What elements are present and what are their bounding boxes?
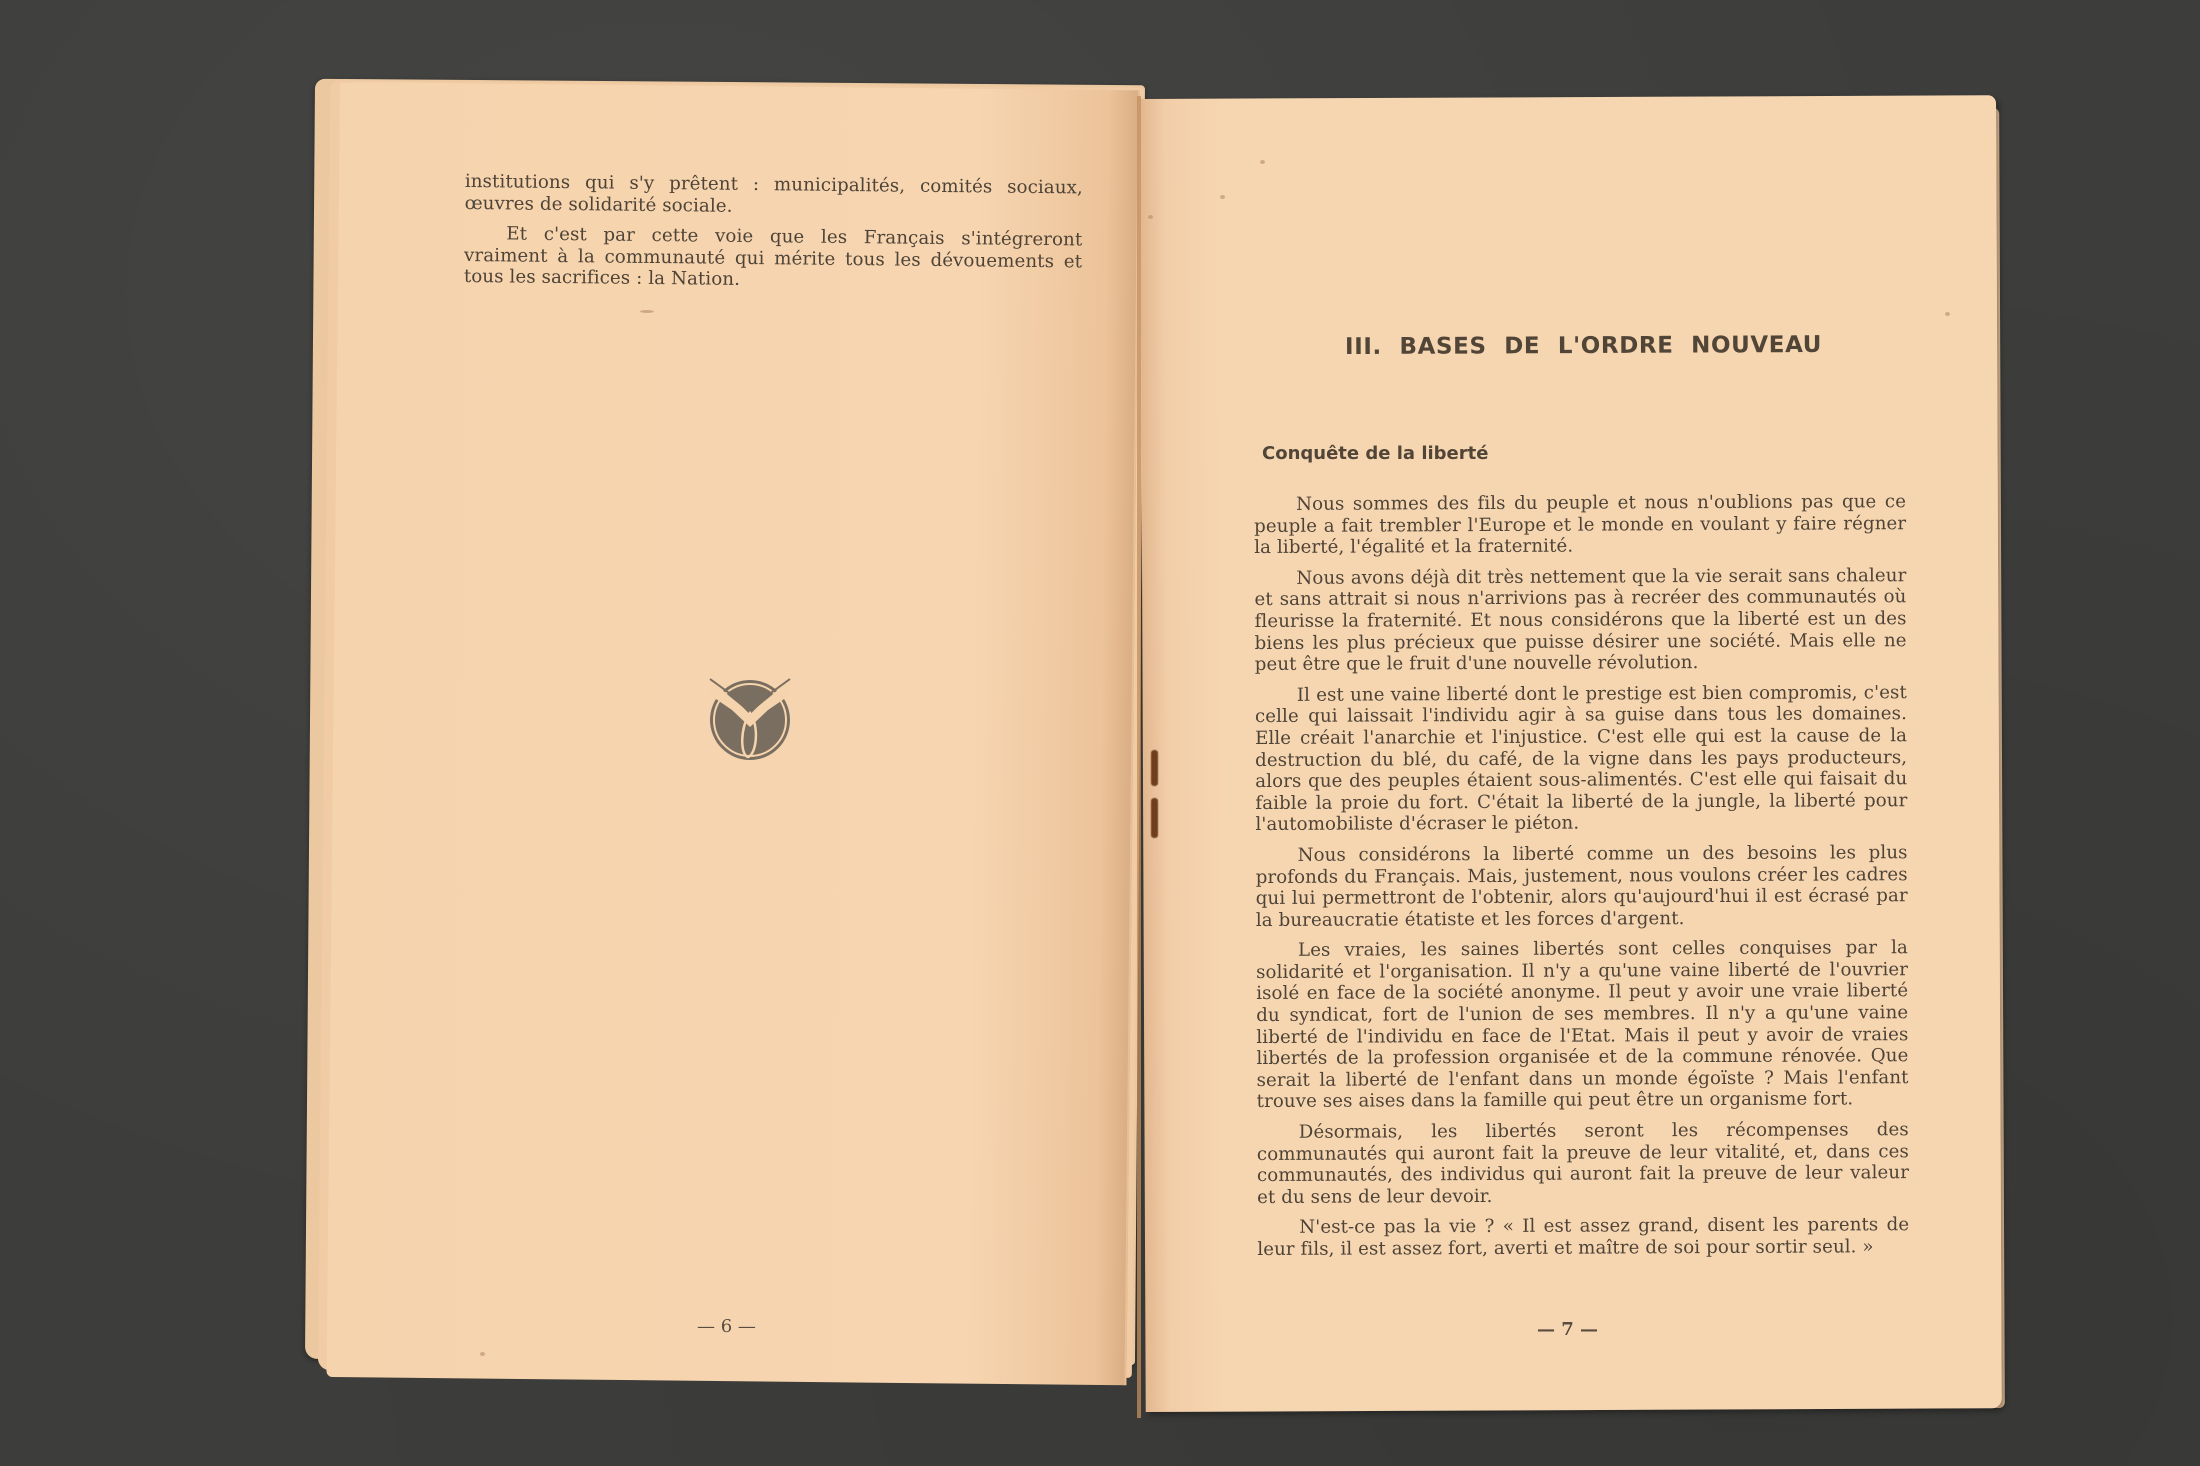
paragraph: Nous avons déjà dit très nettement que l… — [1254, 565, 1906, 676]
paper-speck — [1260, 160, 1265, 164]
paragraph: Nous sommes des fils du peuple et nous n… — [1254, 491, 1906, 559]
paragraph: Et c'est par cette voie que les Français… — [464, 223, 1083, 294]
staple-top — [1151, 750, 1158, 786]
staple-bottom — [1151, 798, 1158, 838]
paper-speck — [1945, 312, 1950, 316]
chapter-title: III. BASES DE L'ORDRE NOUVEAU — [1345, 332, 1825, 360]
paper-speck — [640, 310, 654, 313]
paragraph: Les vraies, les saines libertés sont cel… — [1256, 937, 1909, 1113]
paragraph: Il est une vaine liberté dont le prestig… — [1255, 682, 1908, 836]
paper-speck — [1148, 215, 1153, 219]
right-page-text-block: Nous sommes des fils du peuple et nous n… — [1254, 491, 1909, 1269]
paragraph: institutions qui s'y prêtent : municipal… — [465, 171, 1083, 221]
paragraph: Nous considérons la liberté comme un des… — [1256, 842, 1908, 931]
paragraph: Désormais, les libertés seront les récom… — [1257, 1119, 1909, 1208]
paragraph: N'est-ce pas la vie ? « Il est assez gra… — [1257, 1215, 1909, 1261]
page-number: — 6 — — [697, 1316, 756, 1337]
paper-speck — [480, 1352, 485, 1356]
paper-speck — [1220, 195, 1225, 199]
booklet-spine — [1137, 96, 1141, 1418]
left-page-text-block: institutions qui s'y prêtent : municipal… — [464, 171, 1083, 303]
tulip-emblem-icon — [700, 665, 800, 765]
section-heading: Conquête de la liberté — [1262, 443, 1488, 464]
page-number: — 7 — — [1537, 1319, 1598, 1340]
